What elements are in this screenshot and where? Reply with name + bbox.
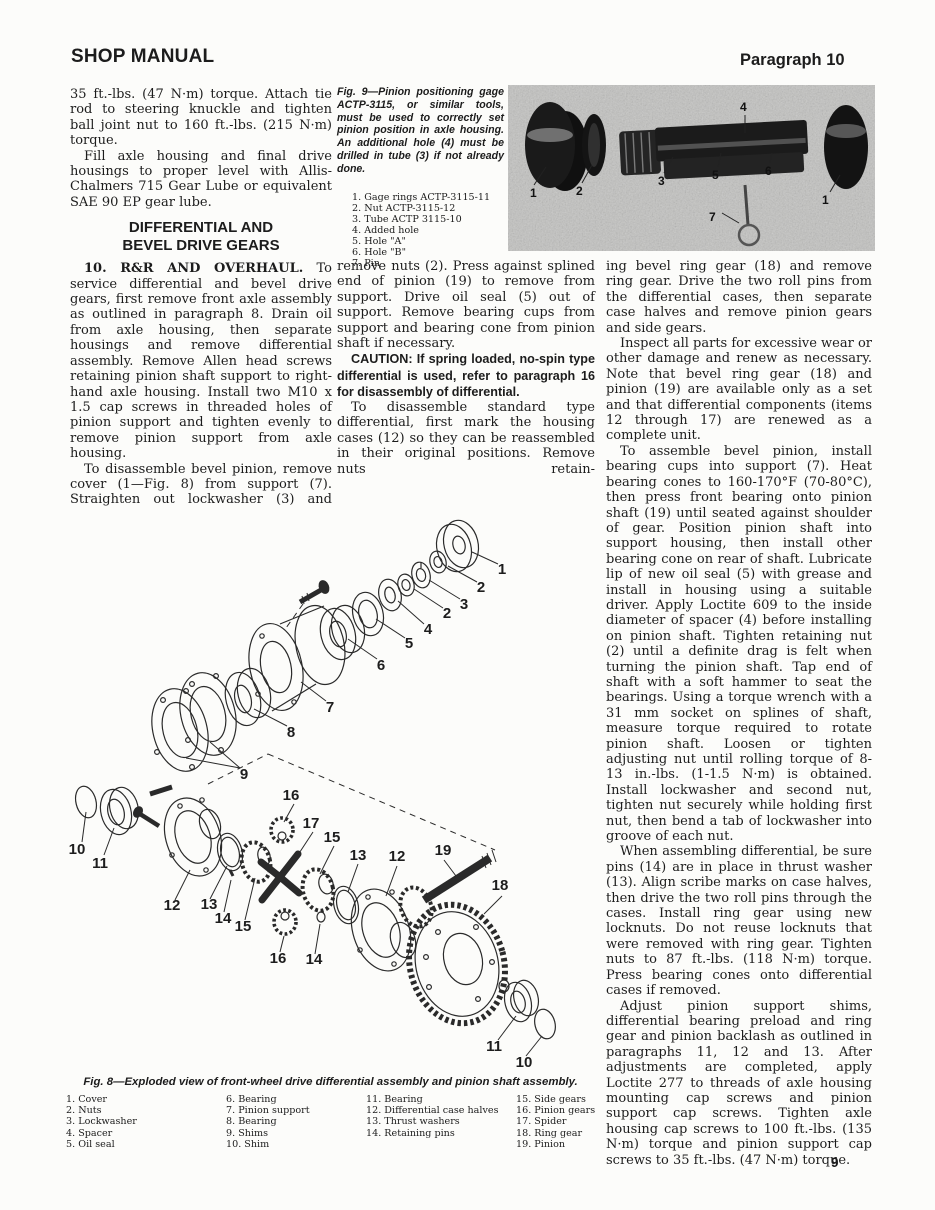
callout: 17	[303, 815, 320, 832]
photo-callout: 1	[530, 186, 537, 200]
callout: 5	[405, 635, 413, 652]
paragraph: ing bevel ring gear (18) and remove ring…	[606, 259, 872, 336]
callout: 12	[164, 897, 181, 914]
page-title: SHOP MANUAL	[71, 46, 214, 68]
legend-item: 18. Ring gear	[516, 1128, 621, 1139]
paragraph: 35 ft.-lbs. (47 N·m) torque. Attach tie …	[70, 87, 332, 149]
paragraph-reference: Paragraph 10	[740, 51, 845, 70]
paragraph: 10. R&R AND OVERHAUL. To service differe…	[70, 261, 332, 461]
legend-item: 6. Bearing	[226, 1094, 364, 1105]
paragraph-text: To service differential and bevel drive …	[70, 261, 332, 461]
callout: 4	[424, 621, 433, 638]
paragraph: When assembling differential, be sure pi…	[606, 844, 872, 998]
callout: 15	[324, 829, 341, 846]
part-oil-seal	[348, 589, 388, 639]
page-number: 9	[831, 1155, 839, 1170]
callout: 13	[350, 847, 367, 864]
section-heading-line2: BEVEL DRIVE GEARS	[70, 237, 332, 255]
fig9-photo: 1 2 3 4 5 6 7 1	[508, 85, 875, 251]
part-retaining-pin-right	[317, 912, 325, 922]
callout: 10	[516, 1054, 533, 1071]
part-pinion-gear-bottom	[274, 910, 296, 934]
section-heading: DIFFERENTIAL AND BEVEL DRIVE GEARS	[70, 219, 332, 254]
callout: 8	[287, 724, 295, 741]
legend-item: 8. Bearing	[226, 1116, 364, 1127]
part-ring-gear	[396, 894, 518, 1034]
legend-item: 5. Hole "A"	[352, 236, 512, 247]
paragraph: To disassemble standard type differentia…	[337, 400, 595, 477]
legend-item: 1. Gage rings ACTP-3115-11	[352, 192, 512, 203]
part-bearing-8	[220, 665, 276, 729]
part-lockwasher	[409, 560, 433, 590]
axis-mark	[150, 787, 172, 794]
callout: 10	[69, 841, 86, 858]
paragraph: Adjust pinion support shims, differentia…	[606, 999, 872, 1168]
part-shims	[144, 667, 245, 778]
legend-item: 2. Nuts	[66, 1105, 216, 1116]
callout: 14	[306, 951, 323, 968]
legend-item: 1. Cover	[66, 1094, 216, 1105]
text-column-2: remove nuts (2). Press against splined e…	[337, 259, 595, 477]
paragraph: Inspect all parts for excessive wear or …	[606, 336, 872, 444]
part-case-half-left	[155, 791, 231, 884]
fig8-legend-col1: 1. Cover 2. Nuts 3. Lockwasher 4. Spacer…	[66, 1094, 216, 1150]
callout: 11	[92, 855, 108, 872]
paragraph: To disassemble bevel pinion, remove cove…	[70, 462, 332, 508]
callout: 16	[283, 787, 300, 804]
part-bolt-upper	[300, 579, 331, 604]
photo-callout: 2	[576, 184, 583, 198]
legend-item: 14. Retaining pins	[366, 1128, 514, 1139]
photo-callout: 7	[709, 210, 716, 224]
callout: 9	[240, 766, 248, 783]
legend-item: 4. Spacer	[66, 1128, 216, 1139]
part-side-gear-right	[298, 866, 337, 914]
leader-lines	[82, 552, 542, 1056]
legend-item: 11. Bearing	[366, 1094, 514, 1105]
paragraph-lead: 10. R&R AND OVERHAUL.	[84, 261, 303, 276]
part-pinion-gear-top	[271, 818, 293, 842]
legend-item: 10. Shim	[226, 1139, 364, 1150]
text-column-3: ing bevel ring gear (18) and remove ring…	[606, 259, 872, 1168]
caution-note: CAUTION: If spring loaded, no-spin type …	[337, 351, 595, 400]
callout: 3	[460, 596, 468, 613]
callout: 6	[377, 657, 385, 674]
fig8-caption: Fig. 8—Exploded view of front-wheel driv…	[58, 1076, 603, 1088]
text-column-1: 35 ft.-lbs. (47 N·m) torque. Attach tie …	[70, 87, 332, 508]
fig8-legend-col2: 6. Bearing 7. Pinion support 8. Bearing …	[226, 1094, 364, 1150]
gage-ring-right	[824, 105, 868, 189]
part-side-gear-left	[238, 839, 275, 885]
part-bearing-right	[501, 978, 542, 1025]
callout: 19	[435, 842, 452, 859]
fig8-legend-col4: 15. Side gears 16. Pinion gears 17. Spid…	[516, 1094, 621, 1150]
paragraph: To assemble bevel pinion, install bearin…	[606, 444, 872, 845]
callout: 18	[492, 877, 509, 894]
callout: 2	[443, 605, 451, 622]
legend-item: 3. Lockwasher	[66, 1116, 216, 1127]
part-spacer	[375, 577, 404, 613]
legend-item: 4. Added hole	[352, 225, 512, 236]
callout: 1	[498, 561, 506, 578]
callout: 15	[235, 918, 252, 935]
callout: 11	[486, 1038, 502, 1055]
photo-callout: 5	[712, 168, 719, 182]
legend-item: 5. Oil seal	[66, 1139, 216, 1150]
legend-item: 6. Hole "B"	[352, 247, 512, 258]
fig9-caption: Fig. 9—Pinion positioning gage ACTP-3115…	[337, 86, 504, 176]
photo-callout: 6	[765, 164, 772, 178]
part-bearing-6	[315, 602, 369, 663]
fig8-legend-col3: 11. Bearing 12. Differential case halves…	[366, 1094, 514, 1139]
callout: 14	[215, 910, 232, 927]
legend-item: 19. Pinion	[516, 1139, 621, 1150]
photo-callout: 3	[658, 174, 665, 188]
legend-item: 2. Nut ACTP-3115-12	[352, 203, 512, 214]
gage-nut	[582, 114, 606, 176]
fig9-legend: 1. Gage rings ACTP-3115-11 2. Nut ACTP-3…	[352, 192, 512, 269]
callout: 2	[477, 579, 485, 596]
photo-callout: 4	[740, 100, 747, 114]
legend-item: 17. Spider	[516, 1116, 621, 1127]
legend-item: 3. Tube ACTP 3115-10	[352, 214, 512, 225]
section-heading-line1: DIFFERENTIAL AND	[70, 219, 332, 237]
paragraph: remove nuts (2). Press against splined e…	[337, 259, 595, 351]
photo-callout: 1	[822, 193, 829, 207]
part-cover	[432, 517, 484, 576]
part-nut-inner	[396, 572, 417, 597]
legend-item: 9. Shims	[226, 1128, 364, 1139]
legend-item: 12. Differential case halves	[366, 1105, 514, 1116]
callout: 16	[270, 950, 287, 967]
callout: 12	[389, 848, 406, 865]
legend-item: 13. Thrust washers	[366, 1116, 514, 1127]
callout: 7	[326, 699, 334, 716]
fig8-exploded-diagram: 1 2 3 2 4 5 6 7 8 9 16 17 15 13 12 19 18…	[58, 512, 603, 1072]
part-thrust-washer-right	[330, 884, 362, 927]
legend-item: 15. Side gears	[516, 1094, 621, 1105]
legend-item: 16. Pinion gears	[516, 1105, 621, 1116]
manual-page: SHOP MANUAL Paragraph 10 35 ft.-lbs. (47…	[0, 0, 935, 1210]
legend-item: 7. Pinion support	[226, 1105, 364, 1116]
paragraph: Fill axle housing and final drive housin…	[70, 149, 332, 211]
